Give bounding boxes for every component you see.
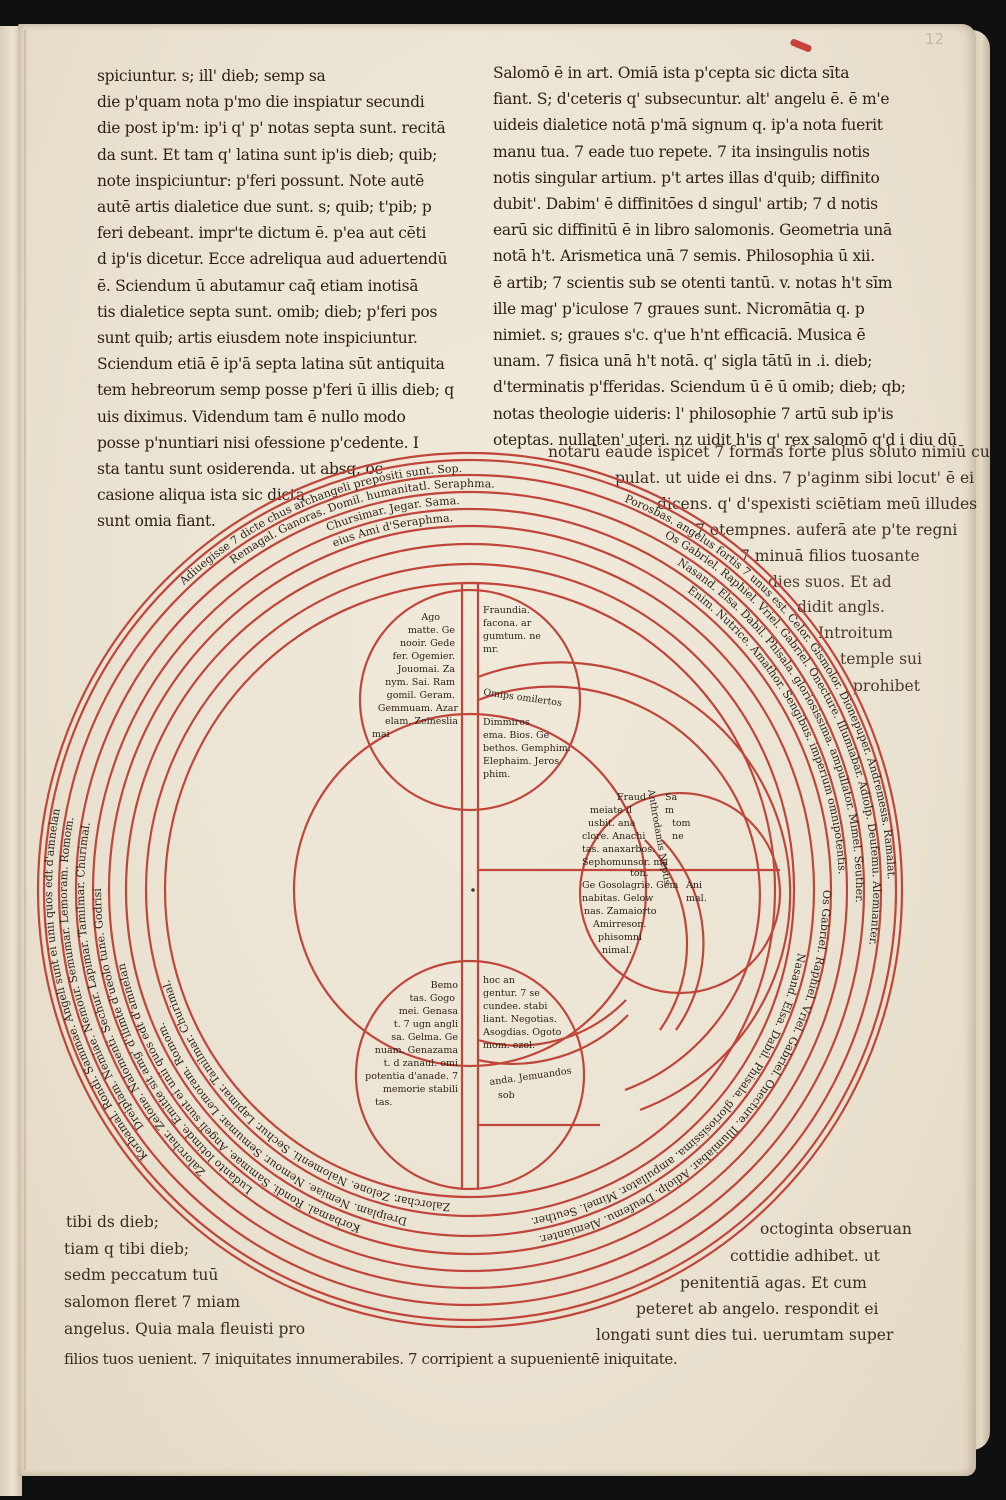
svg-text:liant. Negotias.: liant. Negotias. — [483, 1014, 557, 1025]
center-point — [471, 888, 475, 892]
svg-text:Amirreson.: Amirreson. — [592, 919, 646, 930]
svg-text:nimal.: nimal. — [602, 945, 632, 956]
svg-text:Sa: Sa — [665, 792, 678, 803]
svg-text:Sephomunsor. ma: Sephomunsor. ma — [582, 857, 668, 868]
ring-lines — [38, 453, 902, 1327]
svg-text:sa. Gelma. Ge: sa. Gelma. Ge — [391, 1032, 458, 1043]
svg-text:Elephaim. Jeros: Elephaim. Jeros — [483, 756, 559, 767]
svg-text:sob: sob — [498, 1090, 515, 1101]
svg-text:t. d zanaul. omi: t. d zanaul. omi — [384, 1058, 458, 1069]
svg-text:mai: mai — [372, 729, 390, 740]
svg-text:Ago: Ago — [420, 612, 440, 623]
svg-text:Gemmuam. Azar: Gemmuam. Azar — [378, 703, 459, 714]
svg-text:facona. ar: facona. ar — [483, 618, 532, 629]
svg-text:nabitas. Gelow: nabitas. Gelow — [582, 893, 653, 904]
svg-text:potentia d'anade. 7: potentia d'anade. 7 — [365, 1071, 458, 1082]
svg-text:gumtum. ne: gumtum. ne — [483, 631, 541, 642]
svg-text:Jouomai. Za: Jouomai. Za — [397, 664, 456, 675]
svg-text:tas.: tas. — [375, 1097, 392, 1108]
svg-text:Fraud: Fraud — [617, 792, 646, 803]
svg-text:gentur. 7 se: gentur. 7 se — [483, 988, 540, 999]
svg-text:anda. Jemuandos: anda. Jemuandos — [489, 1066, 572, 1088]
svg-text:Fraundia.: Fraundia. — [483, 605, 530, 616]
svg-text:t. 7 ugn angli: t. 7 ugn angli — [394, 1019, 458, 1030]
svg-text:mal.: mal. — [686, 893, 707, 904]
svg-text:usbit. ana: usbit. ana — [588, 818, 636, 829]
top-circle-right-text: Fraundia. facona. ar gumtum. ne mr. Omip… — [483, 605, 571, 780]
svg-text:Asogdias. Ogoto: Asogdias. Ogoto — [482, 1027, 562, 1038]
svg-text:gomil. Geram.: gomil. Geram. — [387, 690, 455, 701]
svg-text:hoc an: hoc an — [483, 975, 515, 986]
svg-text:tas. Gogo: tas. Gogo — [409, 993, 455, 1004]
bottom-circle-text: Bemo tas. Gogo mei. Genasa t. 7 ugn angl… — [365, 975, 572, 1108]
svg-text:nuam. Genazama: nuam. Genazama — [375, 1045, 459, 1056]
svg-text:bethos. Gemphim.: bethos. Gemphim. — [483, 743, 571, 754]
svg-text:nooir. Gede: nooir. Gede — [400, 638, 455, 649]
svg-text:Ani: Ani — [685, 880, 702, 891]
svg-text:mom. ezol.: mom. ezol. — [483, 1040, 535, 1051]
svg-text:elam. Zeineslia: elam. Zeineslia — [385, 716, 458, 727]
svg-text:Bemo: Bemo — [431, 980, 459, 991]
svg-text:mr.: mr. — [483, 644, 499, 655]
svg-text:Omips omilertos: Omips omilertos — [483, 687, 563, 709]
svg-text:nym. Sai. Ram: nym. Sai. Ram — [385, 677, 455, 688]
svg-text:clore. Anachi: clore. Anachi — [582, 831, 645, 842]
ring-inscriptions: Porosbas. angelus fortis 7 unus est. Cel… — [42, 462, 898, 1246]
svg-text:tom: tom — [672, 818, 691, 829]
svg-text:ton.: ton. — [630, 868, 649, 879]
right-circle-text: Fraud meiate il usbit. ana clore. Anachi… — [582, 788, 707, 956]
cosmological-diagram: Porosbas. angelus fortis 7 unus est. Cel… — [0, 0, 1006, 1500]
svg-text:phim.: phim. — [483, 769, 510, 780]
svg-text:Dimmiros: Dimmiros — [483, 717, 530, 728]
svg-text:phisomni: phisomni — [598, 932, 642, 943]
svg-text:tas. anaxarbos.: tas. anaxarbos. — [582, 844, 655, 855]
svg-text:mei. Genasa: mei. Genasa — [399, 1006, 459, 1017]
svg-text:m: m — [665, 805, 674, 816]
svg-text:cundee. stabi: cundee. stabi — [483, 1001, 547, 1012]
svg-text:meiate il: meiate il — [590, 805, 632, 816]
svg-text:ne: ne — [672, 831, 684, 842]
svg-text:memorie stabili: memorie stabili — [383, 1084, 458, 1095]
svg-text:fer. Ogemier.: fer. Ogemier. — [393, 651, 455, 662]
svg-text:matte. Ge: matte. Ge — [408, 625, 456, 636]
svg-text:nas. Zamaiorto: nas. Zamaiorto — [584, 906, 657, 917]
svg-text:ema. Bios. Ge: ema. Bios. Ge — [483, 730, 550, 741]
